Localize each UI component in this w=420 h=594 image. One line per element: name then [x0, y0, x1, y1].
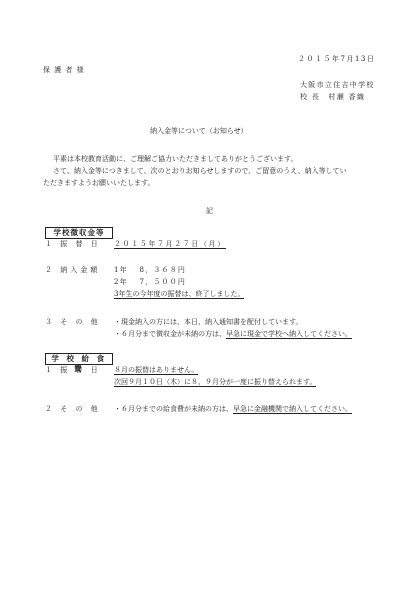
lunch-item-label-transfer-date: １ 振 替 日 [45, 366, 101, 375]
document-title: 納入金等について（お知らせ） [150, 127, 248, 136]
transfer-date-value: ２０１５年７月２７日（月） [114, 240, 226, 249]
lunch-other-note: ・６月分までの給食費が未納の方は、早急に金融機関で納入してください。 [114, 405, 352, 414]
ki-marker: 記 [206, 207, 213, 216]
other-note-1: ・現金納入の方には、本日、納入通知書を配付しています。 [114, 318, 302, 327]
amount-grade-2: 2年 7，５００円 [114, 278, 186, 287]
section-heading-school-fees: 学校徴収金等 [45, 227, 113, 239]
other-note-2: ・６月分まで徴収金が未納の方は、早急に現金で学校へ納入してください。 [114, 330, 352, 339]
amount-grade-3-note: 3年生の今年度の振替は、終了しました。 [114, 290, 244, 299]
lunch-transfer-note-1: ８月の振替はありません。 [114, 366, 198, 375]
section-heading-school-lunch: 学 校 給 食 費 [45, 353, 113, 365]
lunch-transfer-note-2: 次回９月１０日（木）に８、９月分が一度に振り替えられます。 [114, 378, 316, 387]
other-note-2-emphasis: 早急に現金で学校へ納入してください。 [226, 330, 352, 339]
recipient: 保 護 者 様 [43, 66, 85, 75]
intro-line-1: 平素は本校教育活動に、ご理解ご協力いただきましてありがとうございます。 [53, 155, 297, 164]
intro-line-2: さて、納入金等につきまして、次のとおりお知らせしますので、ご留意のうえ、納入等し… [53, 167, 347, 176]
sender-principal: 校 長 村瀬 香織 [300, 93, 365, 102]
lunch-other-emphasis: 早急に金融機関で納入してください。 [233, 405, 352, 414]
document-date: ２０１５年7月13日 [298, 55, 375, 64]
intro-line-3: ただきますようお願いいたします。 [43, 179, 154, 188]
sender-school: 大阪市立住吉中学校 [300, 81, 375, 90]
lunch-item-label-other: ２ そ の 他 [45, 405, 101, 414]
item-label-amount: ２ 納入金額 [45, 266, 100, 275]
item-label-other: ３ そ の 他 [45, 318, 101, 327]
item-label-transfer-date: １ 振 替 日 [45, 240, 101, 249]
amount-grade-1: 1年 8，３６８円 [114, 266, 186, 275]
other-note-2-prefix: ・６月分まで徴収金が未納の方は、 [114, 330, 226, 338]
lunch-other-prefix: ・６月分までの給食費が未納の方は、 [114, 405, 233, 413]
